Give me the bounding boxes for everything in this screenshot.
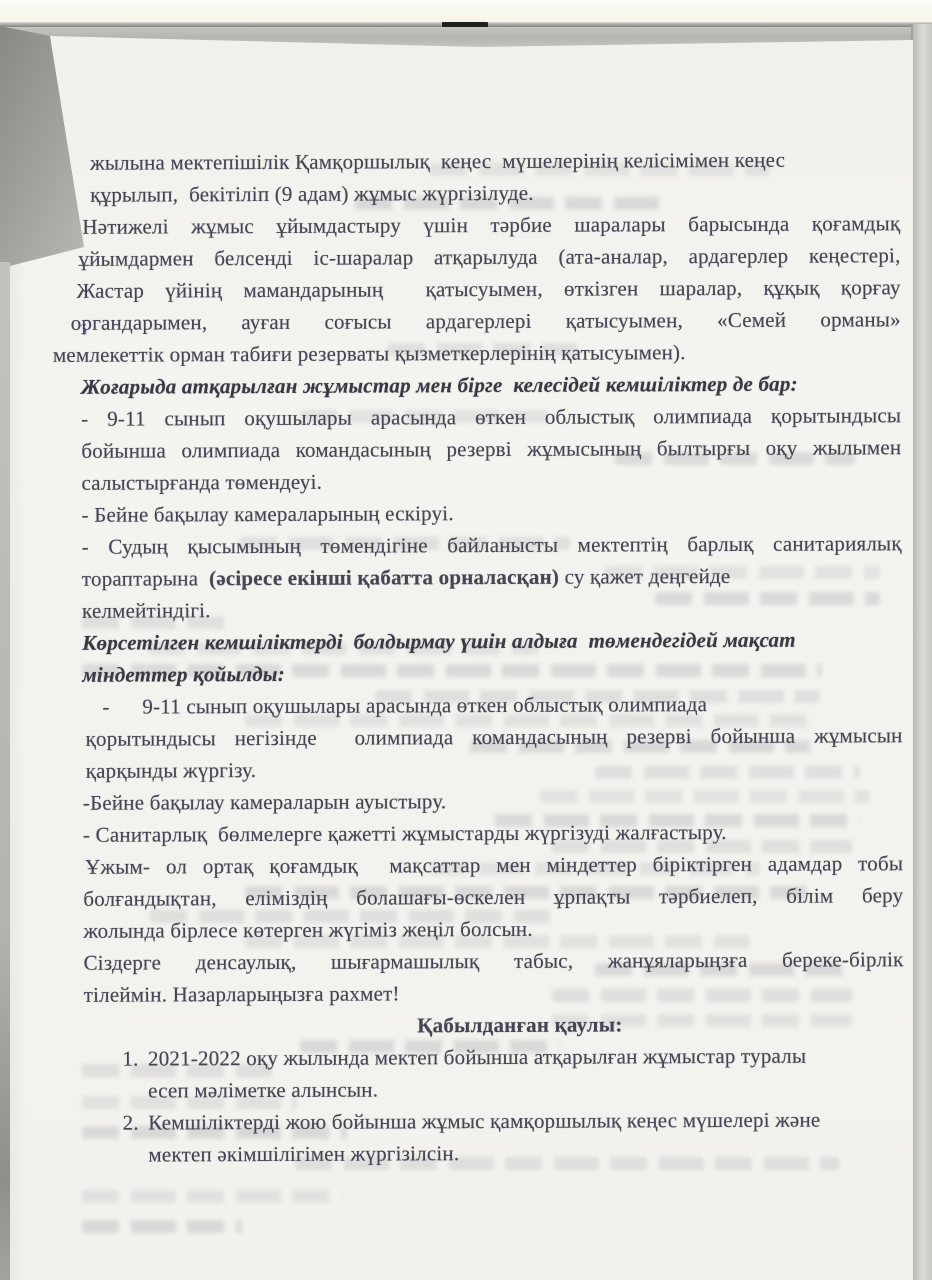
text-line: - Бейне бақылау камераларының ескіруі.: [82, 495, 902, 531]
text-line: жылына мектепішілік Қамқоршылық кеңес мү…: [80, 143, 900, 179]
shortcoming-olympiad-reserve: - 9-11 сынып оқушылары арасында өткен об…: [81, 399, 901, 499]
text-line: - 9-11 сынып оқушылары арасында өткен об…: [81, 399, 901, 435]
text-line: -Бейне бақылау камераларын ауыстыру.: [83, 783, 903, 819]
paragraph-intro: жылына мектепішілік Қамқоршылық кеңес мү…: [80, 143, 900, 211]
scanner-lid-band: [0, 0, 932, 22]
heading-resolution: Қабылданған қаулы:: [110, 1007, 930, 1043]
paper-page: ӡ жылына мектепішілік Қамқоршылық кеңес …: [0, 0, 932, 1280]
shortcoming-water-pressure: - Судың қысымының төмендігіне байланысты…: [82, 527, 902, 627]
text-line: есеп мәліметке алынсын.: [148, 1071, 904, 1106]
bleed-through-line: [82, 1220, 242, 1233]
scanner-bed-left-edge: [0, 262, 10, 1280]
goal-cameras: -Бейне бақылау камераларын ауыстыру.: [83, 783, 903, 819]
page-content: жылына мектепішілік Қамқоршылық кеңес мү…: [80, 143, 904, 1171]
paragraph-wishes: Сіздерге денсаулық, шығармашылық табыс, …: [83, 943, 903, 1011]
shortcoming-cameras: - Бейне бақылау камераларының ескіруі.: [82, 495, 902, 531]
text-line: салыстырғанда төмендеуі.: [81, 463, 901, 499]
resolution-item-1: 2021-2022 оқу жылында мектеп бойынша атқ…: [144, 1039, 904, 1106]
resolution-list: 2021-2022 оқу жылында мектеп бойынша атқ…: [112, 1039, 905, 1170]
text-line: органдарымен, ауған соғысы ардагерлері қ…: [71, 303, 901, 339]
text-line: мемлекеттік орман табиғи резерваты қызме…: [53, 335, 901, 371]
text-line: міндеттер қойылды:: [82, 655, 902, 691]
text-line: қарқынды жүргізу.: [83, 751, 903, 787]
water-line-bold: (әсіресе екінші қабатта орналасқан): [209, 565, 559, 591]
paragraph-public-events: Нәтижелі жұмыс ұйымдастыру үшін тәрбие ш…: [80, 207, 901, 371]
text-line: Жоғарыда атқарылған жұмыстар мен бірге к…: [81, 367, 901, 403]
text-line: - 9-11 сынып оқушылары арасында өткен об…: [82, 687, 902, 723]
goal-sanitary: - Санитарлық бөлмелерге қажетті жұмыстар…: [83, 815, 903, 851]
resolution-item-2: Кемшіліктерді жою бойынша жұмыс қамқоршы…: [144, 1103, 904, 1170]
text-line: Қабылданған қаулы:: [110, 1007, 930, 1043]
paragraph-collective: Ұжым- ол ортақ қоғамдық мақсаттар мен мі…: [83, 847, 903, 947]
heading-goals: Көрсетілген кемшіліктерді болдырмау үшін…: [82, 623, 902, 691]
text-line: ұйымдармен белсенді іс-шаралар атқарылуд…: [78, 239, 900, 275]
text-line: Жастар үйінің мамандарының қатысуымен, ө…: [77, 271, 901, 307]
text-line: болғандықтан, еліміздің болашағы-өскелен…: [83, 879, 903, 915]
text-line: 2021-2022 оқу жылында мектеп бойынша атқ…: [148, 1039, 904, 1074]
water-line-post: су қажет деңгейде: [559, 564, 730, 589]
text-line: жолында бірлесе көтерген жүгіміз жеңіл б…: [83, 911, 903, 947]
water-line-pre: тораптарына: [82, 566, 209, 591]
text-line: құрылып, бекітіліп (9 адам) жұмыс жүргіз…: [80, 175, 900, 211]
text-line: тілеймін. Назарларыңызға рахмет!: [84, 975, 904, 1011]
heading-shortcomings: Жоғарыда атқарылған жұмыстар мен бірге к…: [81, 367, 901, 403]
scanner-bed-right-edge: [911, 24, 932, 1280]
text-line: мектеп әкімшілігімен жүргізілсін.: [148, 1135, 904, 1170]
text-line: Нәтижелі жұмыс ұйымдастыру үшін тәрбие ш…: [82, 207, 900, 243]
bleed-through-line: [82, 1190, 342, 1203]
scanned-document: ӡ жылына мектепішілік Қамқоршылық кеңес …: [0, 0, 932, 1280]
text-line: бойынша олимпиада командасының резерві ж…: [81, 431, 901, 467]
text-line: - Санитарлық бөлмелерге қажетті жұмыстар…: [83, 815, 903, 851]
text-line: Ұжым- ол ортақ қоғамдық мақсаттар мен мі…: [85, 847, 903, 883]
text-line: тораптарына (әсіресе екінші қабатта орна…: [82, 559, 902, 595]
text-line: Көрсетілген кемшіліктерді болдырмау үшін…: [82, 623, 902, 659]
text-line: келмейтіндігі.: [82, 591, 902, 627]
text-line: - Судың қысымының төмендігіне байланысты…: [82, 527, 902, 563]
text-line: Сіздерге денсаулық, шығармашылық табыс, …: [83, 943, 903, 979]
text-line: қорытындысы негізінде олимпиада командас…: [83, 719, 903, 755]
text-line: Кемшіліктерді жою бойынша жұмыс қамқоршы…: [148, 1103, 904, 1138]
goal-olympiad-reserve: - 9-11 сынып оқушылары арасында өткен об…: [82, 687, 902, 787]
